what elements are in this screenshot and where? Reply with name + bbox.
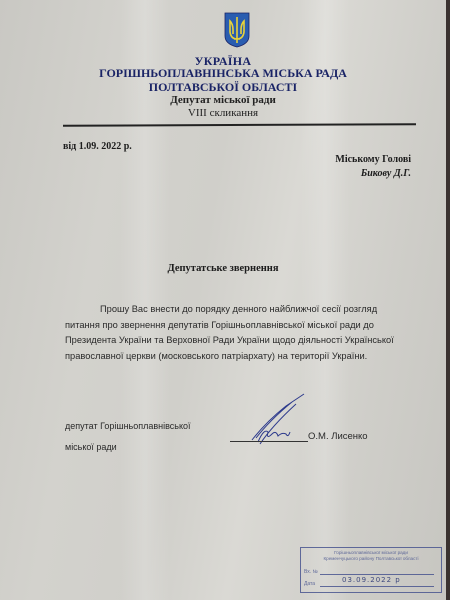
- addressee-block: Міському Голові Бикову Д.Г.: [335, 153, 411, 181]
- signatory-name: О.М. Лисенко: [308, 431, 368, 442]
- addressee-title: Міському Голові: [335, 153, 411, 167]
- stamp-date-value: 03.09.2022 р: [342, 577, 401, 583]
- letterhead-convocation: VIII скликання: [0, 107, 446, 119]
- signatory-role: депутат Горішньоплавнівської міської рад…: [65, 416, 191, 458]
- stamp-incoming-label: Вх. №: [304, 569, 318, 575]
- letterhead-council: ГОРІШНЬОПЛАВНІНСЬКА МІСЬКА РАДА: [0, 66, 446, 81]
- signatory-role-line1: депутат Горішньоплавнівської: [65, 416, 191, 437]
- body-text: Прошу Вас внести до порядку денного найб…: [65, 304, 394, 361]
- document-date: від 1.09. 2022 р.: [63, 141, 132, 152]
- document-page: УКРАЇНА ГОРІШНЬОПЛАВНІНСЬКА МІСЬКА РАДА …: [0, 0, 446, 600]
- document-title: Депутатське звернення: [0, 263, 446, 274]
- stamp-org-line2: Кременчуцького району Полтавської област…: [304, 556, 438, 562]
- stamp-incoming-line: [320, 574, 434, 575]
- coat-of-arms-icon: [224, 12, 250, 48]
- handwritten-signature-icon: [246, 392, 316, 452]
- registration-stamp: Горішньоплавнівської міської ради Кремен…: [300, 547, 442, 593]
- stamp-date-line: [320, 586, 434, 587]
- body-paragraph: Прошу Вас внести до порядку денного найб…: [65, 302, 405, 364]
- letterhead-oblast: ПОЛТАВСЬКОЇ ОБЛАСТІ: [0, 80, 446, 95]
- letterhead-divider: [63, 123, 416, 127]
- signatory-role-line2: міської ради: [65, 437, 191, 458]
- stamp-date-row: Дата 03.09.2022 р: [304, 581, 438, 587]
- addressee-name: Бикову Д.Г.: [335, 167, 411, 181]
- stamp-date-label: Дата: [304, 581, 315, 587]
- letterhead-position: Депутат міської ради: [0, 94, 446, 106]
- signature-line: [230, 441, 308, 442]
- stamp-incoming-row: Вх. №: [304, 569, 438, 575]
